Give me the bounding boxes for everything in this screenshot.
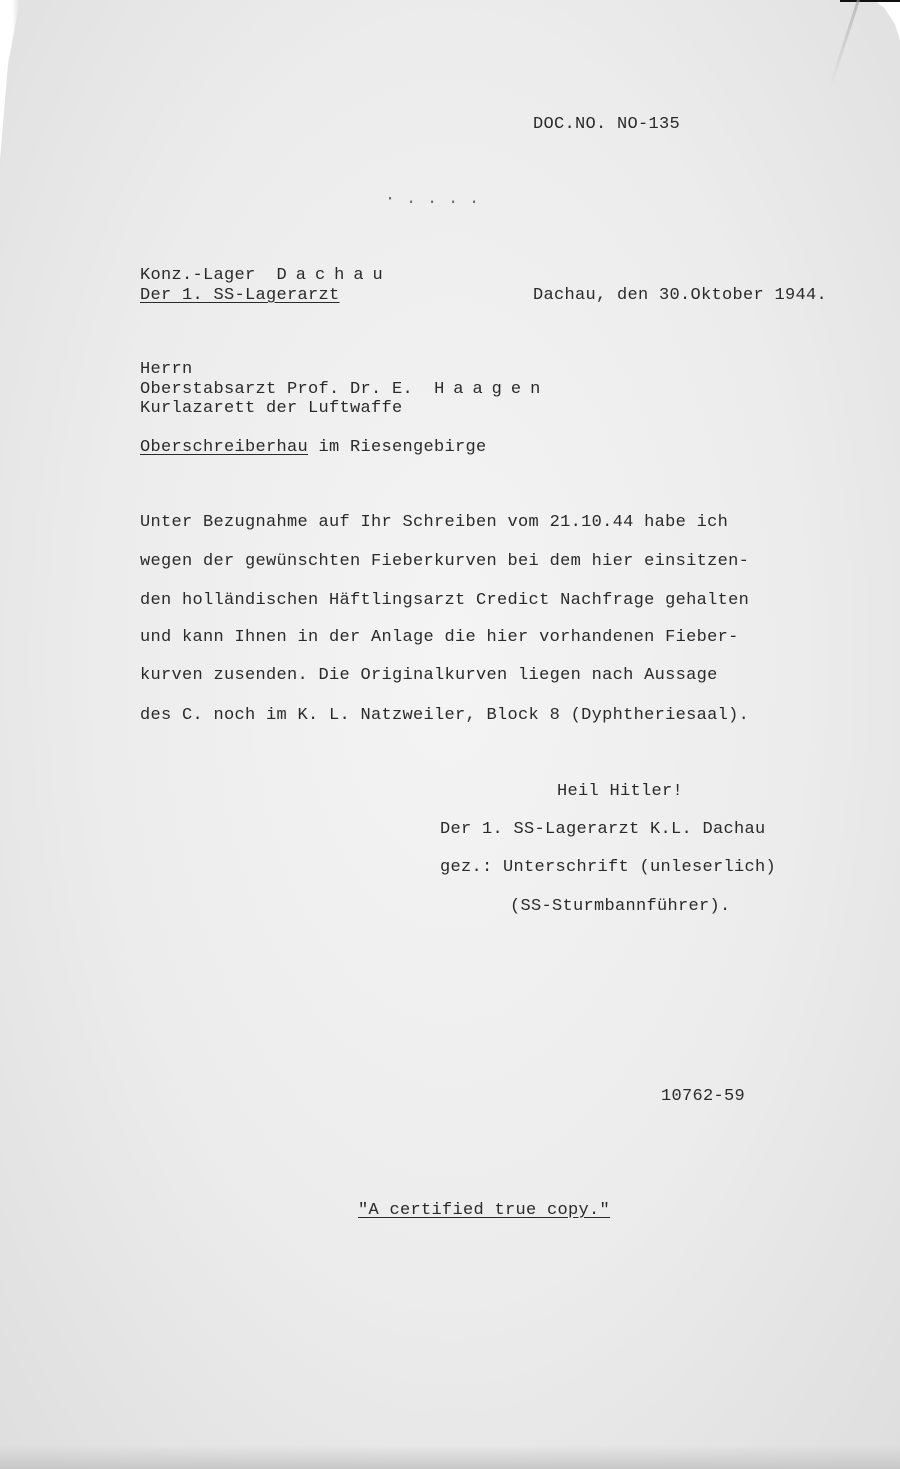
scan-corner-mark bbox=[840, 0, 900, 2]
recipient-salutation: Herrn bbox=[140, 360, 193, 380]
illegible-mark: · . . . . bbox=[385, 190, 480, 210]
recipient-title: Oberstabsarzt Prof. Dr. E. bbox=[140, 380, 413, 399]
recipient-institution: Kurlazarett der Luftwaffe bbox=[140, 399, 403, 419]
paper-bottom-edge bbox=[0, 1445, 900, 1469]
body-line: kurven zusenden. Die Originalkurven lieg… bbox=[140, 666, 718, 686]
sender-camp-name: Dachau bbox=[277, 266, 392, 285]
closing-signature: gez.: Unterschrift (unleserlich) bbox=[440, 858, 776, 878]
recipient-name: Oberstabsarzt Prof. Dr. E. Haagen bbox=[140, 380, 549, 400]
recipient-region: im Riesengebirge bbox=[308, 438, 487, 457]
certification-note: "A certified true copy." bbox=[358, 1201, 610, 1221]
document-number: DOC.NO. NO-135 bbox=[533, 115, 680, 135]
closing-rank: (SS-Sturmbannführer). bbox=[510, 897, 731, 917]
closing-title: Der 1. SS-Lagerarzt K.L. Dachau bbox=[440, 820, 766, 840]
body-line: des C. noch im K. L. Natzweiler, Block 8… bbox=[140, 706, 749, 726]
sender-camp: Konz.-Lager Dachau bbox=[140, 266, 392, 286]
reference-number: 10762-59 bbox=[661, 1087, 745, 1107]
paper-background bbox=[0, 0, 900, 1469]
sender-camp-label: Konz.-Lager bbox=[140, 266, 256, 285]
recipient-location: Oberschreiberhau im Riesengebirge bbox=[140, 438, 487, 458]
sender-office: Der 1. SS-Lagerarzt bbox=[140, 286, 398, 306]
body-line: wegen der gewünschten Fieberkurven bei d… bbox=[140, 552, 749, 572]
body-line: Unter Bezugnahme auf Ihr Schreiben vom 2… bbox=[140, 513, 728, 533]
recipient-town: Oberschreiberhau bbox=[140, 438, 308, 457]
body-line: und kann Ihnen in der Anlage die hier vo… bbox=[140, 628, 739, 648]
place-and-date: Dachau, den 30.Oktober 1944. bbox=[533, 286, 827, 306]
body-line: den holländischen Häftlingsarzt Credict … bbox=[140, 591, 749, 611]
closing-greeting: Heil Hitler! bbox=[557, 782, 683, 802]
recipient-surname: Haagen bbox=[434, 380, 549, 399]
